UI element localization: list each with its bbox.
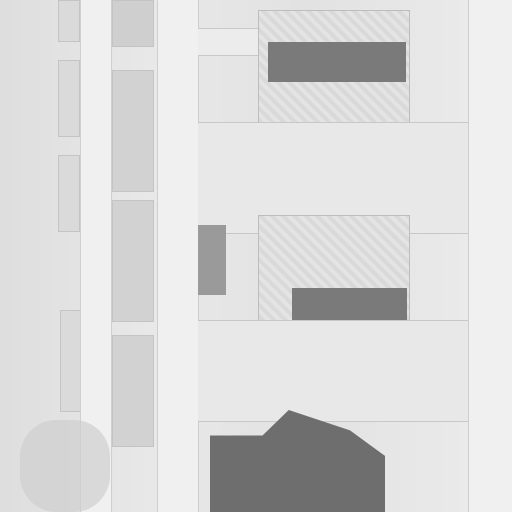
shadow bbox=[198, 225, 226, 295]
debris bbox=[20, 420, 110, 512]
slat bbox=[112, 200, 154, 322]
shadow bbox=[268, 42, 406, 82]
slat bbox=[58, 0, 80, 42]
slat bbox=[112, 335, 154, 447]
right-post bbox=[468, 0, 512, 512]
slat bbox=[112, 70, 154, 192]
photo bbox=[0, 0, 512, 512]
board bbox=[198, 28, 258, 56]
slat bbox=[58, 60, 80, 137]
center-post bbox=[157, 0, 199, 512]
slat bbox=[112, 0, 154, 47]
board bbox=[198, 320, 468, 422]
slat bbox=[60, 310, 82, 412]
slat bbox=[58, 155, 80, 232]
